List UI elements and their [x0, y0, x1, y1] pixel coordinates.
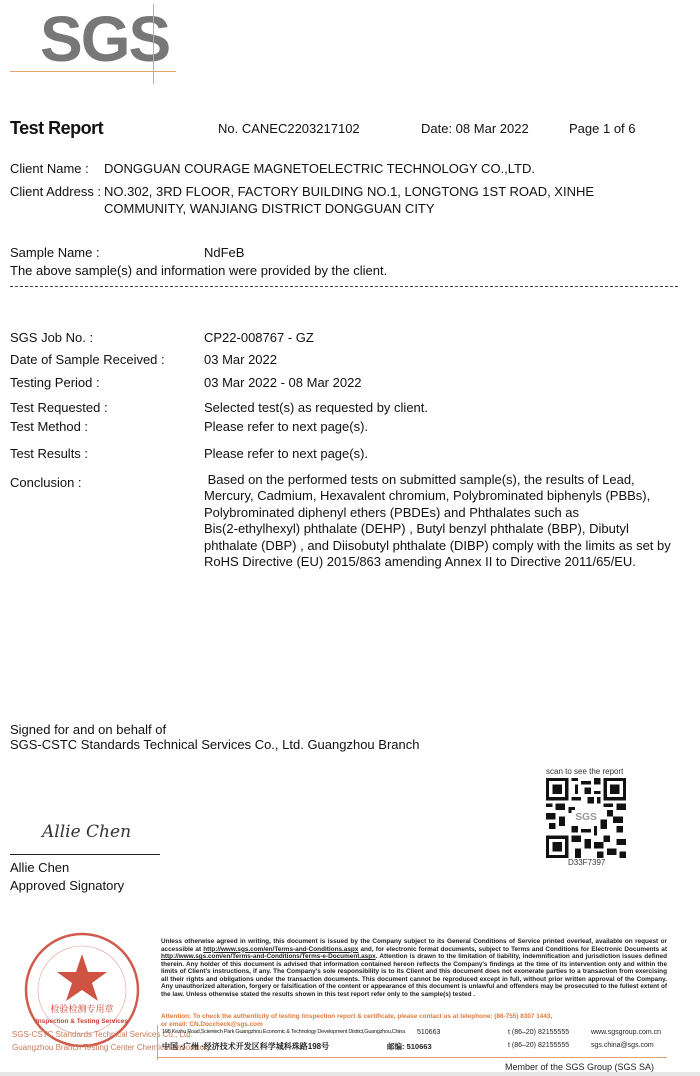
conclusion-line: RoHS Directive (EU) 2015/863 amending An…	[204, 554, 674, 570]
handwritten-signature: Allie Chen	[42, 822, 131, 842]
zip-english: 510663	[417, 1029, 440, 1036]
client-name-label: Client Name :	[10, 160, 89, 177]
telephone-1: t (86–20) 82155555	[508, 1029, 569, 1036]
terms-e-document-link[interactable]: http://www.sgs.com/en/Terms-and-Conditio…	[161, 953, 376, 960]
conclusion-line: phthalate (DBP) , and Diisobutyl phthala…	[204, 538, 674, 554]
date-received: 03 Mar 2022	[204, 351, 277, 368]
qr-center-label: SGS	[575, 812, 597, 823]
page-bottom-bar	[0, 1072, 700, 1076]
sgs-logo: SGS	[40, 4, 169, 74]
authenticity-notice: Attention: To check the authenticity of …	[161, 1013, 691, 1028]
sample-name-label: Sample Name :	[10, 244, 100, 261]
email-link[interactable]: sgs.china@sgs.com	[591, 1042, 654, 1049]
date-received-label: Date of Sample Received :	[10, 351, 165, 368]
conclusion-line: Bis(2-ethylhexyl) phthalate (DEHP) , But…	[204, 521, 674, 537]
conclusion-line: Based on the performed tests on submitte…	[204, 472, 674, 488]
test-method-label: Test Method :	[10, 418, 88, 435]
telephone-2: t (86–20) 82155555	[508, 1042, 569, 1049]
conclusion-label: Conclusion :	[10, 474, 82, 491]
qr-code-icon[interactable]: SGS	[546, 778, 626, 858]
client-address-label: Client Address :	[10, 183, 101, 200]
website-link[interactable]: www.sgsgroup.com.cn	[591, 1029, 661, 1036]
testing-period-label: Testing Period :	[10, 374, 100, 391]
zip-label: 邮编:	[387, 1042, 405, 1051]
qr-caption: scan to see the report	[546, 767, 623, 776]
test-method: Please refer to next page(s).	[204, 418, 368, 435]
testing-period: 03 Mar 2022 - 08 Mar 2022	[204, 374, 362, 391]
zip-chinese: 邮编: 510663	[387, 1041, 432, 1052]
conclusion-line: Polybrominated diphenyl ethers (PBDEs) a…	[204, 505, 674, 521]
section-divider	[10, 286, 678, 287]
signatory-name: Allie Chen	[10, 859, 69, 876]
attention-line: Attention: To check the authenticity of …	[161, 1013, 691, 1021]
logo-accent-horizontal-line	[10, 71, 176, 72]
address-chinese: 中国 ·广州 ·经济技术开发区科学城科珠路198号	[162, 1041, 329, 1052]
page-indicator: Page 1 of 6	[569, 121, 636, 136]
qr-verification-code: D33F7397	[568, 858, 605, 867]
signed-behalf-line2: SGS-CSTC Standards Technical Services Co…	[10, 736, 419, 753]
stamp-cn-text: 检验检测专用章	[50, 1003, 113, 1015]
footer-horizontal-line	[157, 1057, 667, 1058]
job-no-label: SGS Job No. :	[10, 329, 93, 346]
conclusion-line: Mercury, Cadmium, Hexavalent chromium, P…	[204, 488, 674, 504]
test-results-label: Test Results :	[10, 445, 88, 462]
legal-text: and, for electronic format documents, su…	[358, 946, 667, 953]
report-date: Date: 08 Mar 2022	[421, 121, 529, 136]
legal-disclaimer: Unless otherwise agreed in writing, this…	[161, 938, 667, 998]
client-name: DONGGUAN COURAGE MAGNETOELECTRIC TECHNOL…	[104, 160, 535, 177]
footer-vertical-line	[157, 1025, 158, 1060]
test-requested: Selected test(s) as requested by client.	[204, 399, 428, 416]
address-english: 198 Kezhu Road,Scientech Park Guangzhou …	[162, 1029, 405, 1035]
test-requested-label: Test Requested :	[10, 399, 108, 416]
sample-note: The above sample(s) and information were…	[10, 262, 387, 279]
zip-value: 510663	[407, 1042, 432, 1051]
sample-name: NdFeB	[204, 244, 244, 261]
attention-email-line[interactable]: or email: CN.Doccheck@sgs.com	[161, 1021, 691, 1029]
client-address-line1: NO.302, 3RD FLOOR, FACTORY BUILDING NO.1…	[104, 183, 594, 200]
logo-accent-vertical-line	[153, 4, 154, 84]
job-no: CP22-008767 - GZ	[204, 329, 314, 346]
member-statement: Member of the SGS Group (SGS SA)	[505, 1062, 654, 1072]
stamp-en-text: Inspection & Testing Services	[36, 1018, 128, 1025]
report-number: No. CANEC2203217102	[218, 121, 360, 136]
legal-text: . Attention is drawn to the limitation o…	[161, 953, 667, 998]
report-title: Test Report	[10, 118, 103, 139]
signature-line	[10, 854, 160, 855]
client-address-line2: COMMUNITY, WANJIANG DISTRICT DONGGUAN CI…	[104, 200, 435, 217]
terms-conditions-link[interactable]: http://www.sgs.com/en/Terms-and-Conditio…	[203, 946, 358, 953]
conclusion-text: Based on the performed tests on submitte…	[204, 472, 674, 570]
signatory-role: Approved Signatory	[10, 877, 124, 894]
test-results: Please refer to next page(s).	[204, 445, 368, 462]
